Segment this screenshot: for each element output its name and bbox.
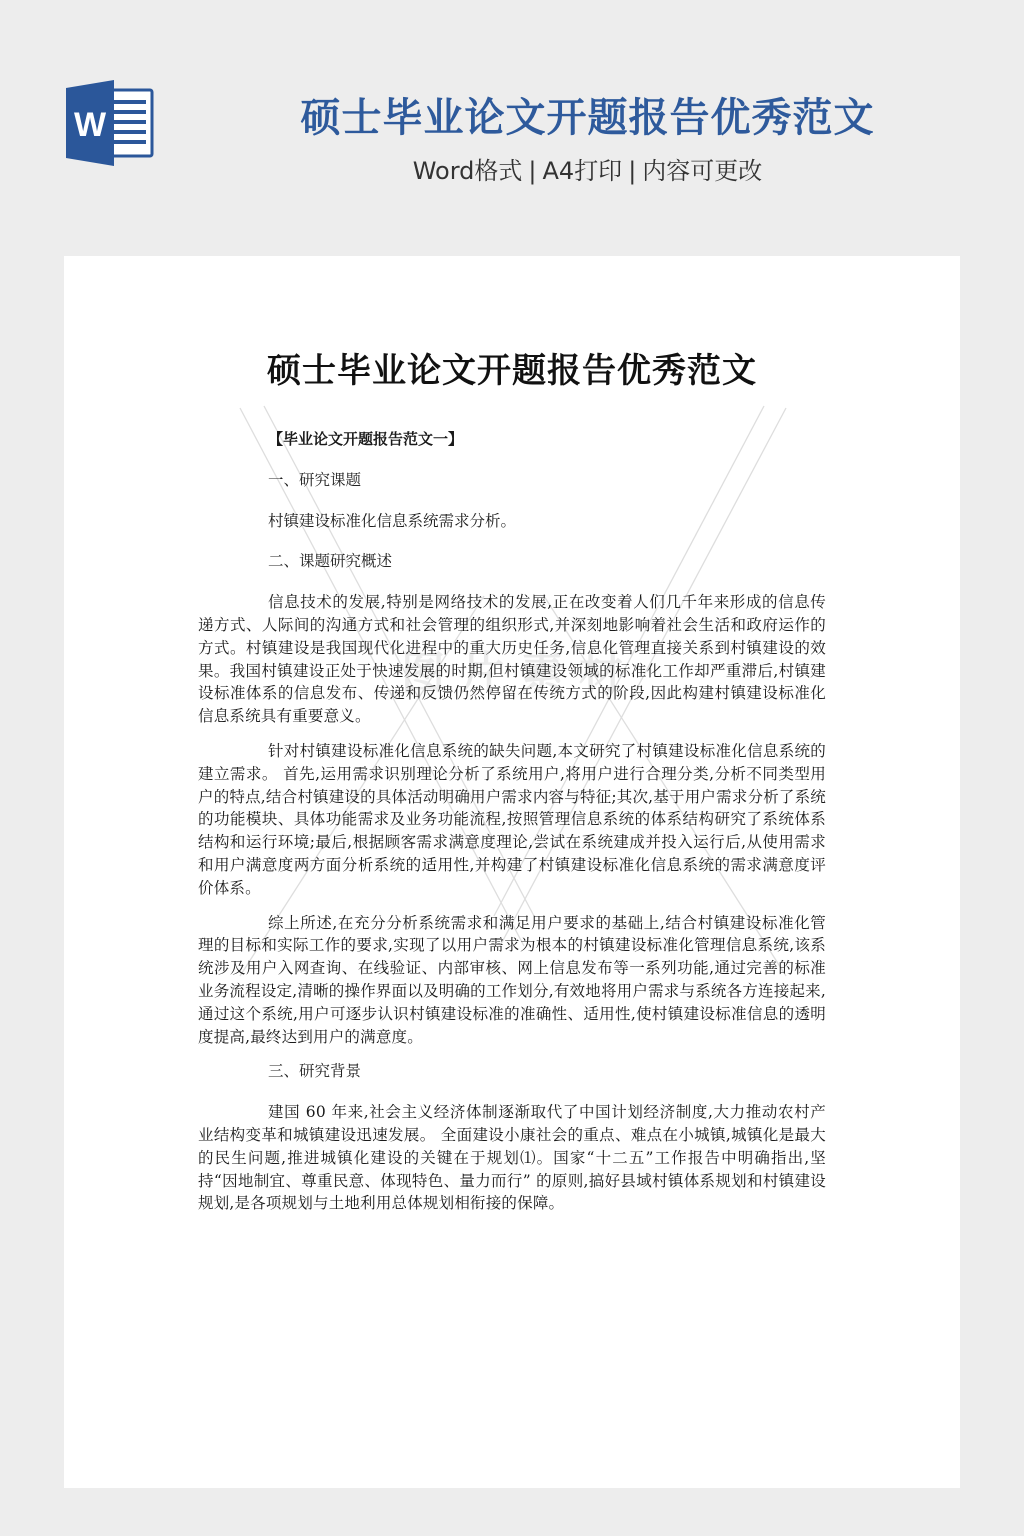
banner-title: 硕士毕业论文开题报告优秀范文 <box>170 94 1005 142</box>
paragraph-overview-1: 信息技术的发展,特别是网络技术的发展,正在改变着人们几千年来形成的信息传递方式、… <box>198 591 826 728</box>
section-tag: 【毕业论文开题报告范文一】 <box>198 428 826 451</box>
paragraph-background: 建国 60 年来,社会主义经济体制逐渐取代了中国计划经济制度,大力推动农村产业结… <box>198 1101 826 1215</box>
header-banner: W 硕士毕业论文开题报告优秀范文 Word格式|A4打印|内容可更改 <box>0 0 1024 256</box>
word-document-icon: W <box>64 80 156 166</box>
heading-background: 三、研究背景 <box>198 1060 826 1083</box>
subtitle-print: A4打印 <box>543 157 623 185</box>
document-body: 【毕业论文开题报告范文一】 一、研究课题 村镇建设标准化信息系统需求分析。 二、… <box>198 426 826 1227</box>
heading-research-topic: 一、研究课题 <box>198 469 826 492</box>
document-page: 图 片 素 材 硕士毕业论文开题报告优秀范文 【毕业论文开题报告范文一】 一、研… <box>64 256 960 1488</box>
paragraph-overview-2: 针对村镇建设标准化信息系统的缺失问题,本文研究了村镇建设标准化信息系统的建立需求… <box>198 740 826 900</box>
paragraph-overview-3: 综上所述,在充分分析系统需求和满足用户要求的基础上,结合村镇建设标准化管理的目标… <box>198 912 826 1049</box>
subtitle-separator: | <box>628 154 636 188</box>
subtitle-format: Word格式 <box>413 157 523 185</box>
svg-text:W: W <box>74 106 107 144</box>
heading-overview: 二、课题研究概述 <box>198 550 826 573</box>
research-topic-text: 村镇建设标准化信息系统需求分析。 <box>198 510 826 533</box>
subtitle-editable: 内容可更改 <box>642 157 762 185</box>
banner-subtitle: Word格式|A4打印|内容可更改 <box>170 154 1005 188</box>
subtitle-separator: | <box>528 154 536 188</box>
document-title: 硕士毕业论文开题报告优秀范文 <box>64 348 960 394</box>
